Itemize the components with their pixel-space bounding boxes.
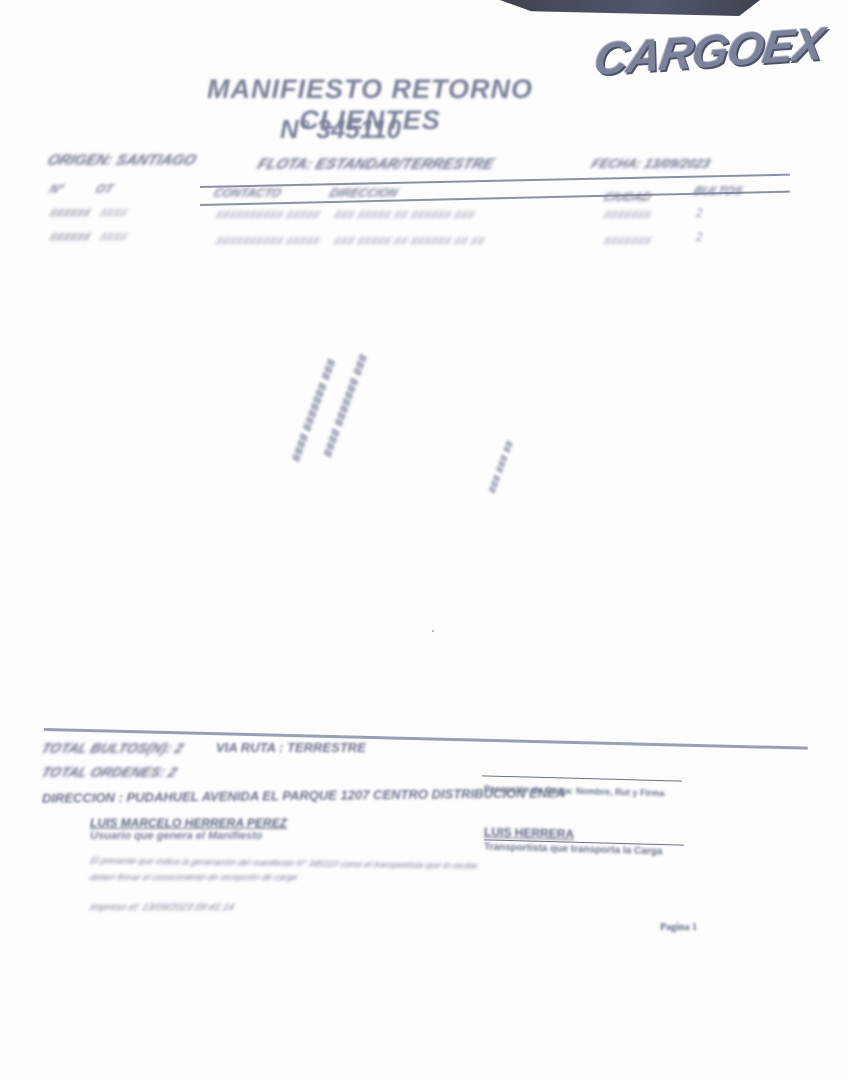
origin-info: ORIGEN: SANTIAGO <box>45 152 198 169</box>
column-header: BULTOS <box>692 184 745 198</box>
note-line-1: El presente que indica la generación del… <box>89 855 481 870</box>
total-ordenes: TOTAL ORDENES: 2 <box>39 764 179 780</box>
speck <box>432 630 434 632</box>
photo-background-edge <box>500 0 760 16</box>
rotated-stamp-text: ### ### ## <box>486 425 521 495</box>
column-header: CONTACTO <box>212 186 283 200</box>
fleet-info: FLOTA: ESTANDAR/TERRESTRE <box>255 156 496 173</box>
column-header: N° <box>48 182 66 196</box>
transport-name: LUIS HERRERA <box>484 825 574 841</box>
user-role: Usuario que genera el Manifiesto <box>90 830 262 842</box>
manifest-number: N° 345110 <box>280 114 401 145</box>
user-name: LUIS MARCELO HERRERA PEREZ <box>90 816 287 830</box>
date-info: FECHA: 13/09/2023 <box>590 156 713 171</box>
column-header: DIRECCION <box>328 186 400 200</box>
printed-timestamp: Impreso el: 13/09/2023 09:41:14 <box>88 902 236 913</box>
note-line-2: deben firmar el conocimiento de recepció… <box>88 872 298 882</box>
page-number: Pagina 1 <box>660 922 697 933</box>
column-header: OT <box>94 182 115 196</box>
via-ruta: VIA RUTA : TERRESTRE <box>216 740 366 755</box>
reception-signature-line <box>482 775 682 781</box>
total-bultos: TOTAL BULTOS(N): 2 <box>39 740 185 756</box>
cargoex-logo: CARGOEX <box>591 16 827 86</box>
column-header: CIUDAD <box>602 190 653 204</box>
